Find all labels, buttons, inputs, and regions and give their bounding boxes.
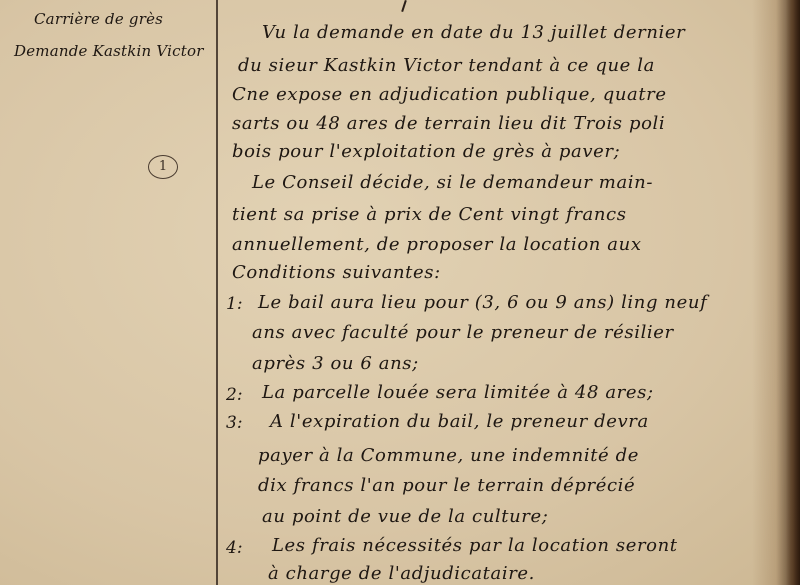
body-line: annuellement, de proposer la location au…	[232, 234, 642, 255]
body-line: Les frais nécessités par la location ser…	[272, 535, 678, 556]
item-number-3: 3:	[226, 413, 243, 433]
item-number-1: 1:	[226, 294, 243, 314]
ink-stroke-mark	[401, 0, 407, 12]
circled-number: 1	[148, 155, 178, 179]
margin-rule	[216, 0, 218, 585]
body-line: Cne expose en adjudication publique, qua…	[232, 84, 667, 105]
body-line: dix francs l'an pour le terrain déprécié	[258, 475, 635, 496]
body-line: Conditions suivantes:	[232, 262, 441, 283]
body-line: après 3 ou 6 ans;	[252, 353, 419, 374]
body-line: Le Conseil décide, si le demandeur main-	[252, 172, 653, 193]
item-number-4: 4:	[226, 538, 243, 558]
body-line: tient sa prise à prix de Cent vingt fran…	[232, 204, 627, 225]
document-page: Carrière de grès Demande Kastkin Victor …	[0, 0, 800, 585]
body-line: Vu la demande en date du 13 juillet dern…	[262, 22, 685, 43]
body-line: La parcelle louée sera limitée à 48 ares…	[262, 382, 654, 403]
body-line: A l'expiration du bail, le preneur devra	[270, 411, 649, 432]
body-line: ans avec faculté pour le preneur de rési…	[252, 322, 674, 343]
item-number-2: 2:	[226, 385, 243, 405]
margin-title-line1: Carrière de grès	[34, 10, 163, 28]
body-line: bois pour l'exploitation de grès à paver…	[232, 141, 620, 162]
margin-title-line2: Demande Kastkin Victor	[14, 42, 204, 60]
body-line: payer à la Commune, une indemnité de	[258, 445, 639, 466]
body-line: sarts ou 48 ares de terrain lieu dit Tro…	[232, 113, 665, 134]
book-binding-shadow	[786, 0, 800, 585]
body-line: Le bail aura lieu pour (3, 6 ou 9 ans) l…	[258, 292, 707, 313]
body-line: du sieur Kastkin Victor tendant à ce que…	[238, 55, 655, 76]
body-line: au point de vue de la culture;	[262, 506, 548, 527]
body-line: à charge de l'adjudicataire.	[268, 563, 535, 584]
